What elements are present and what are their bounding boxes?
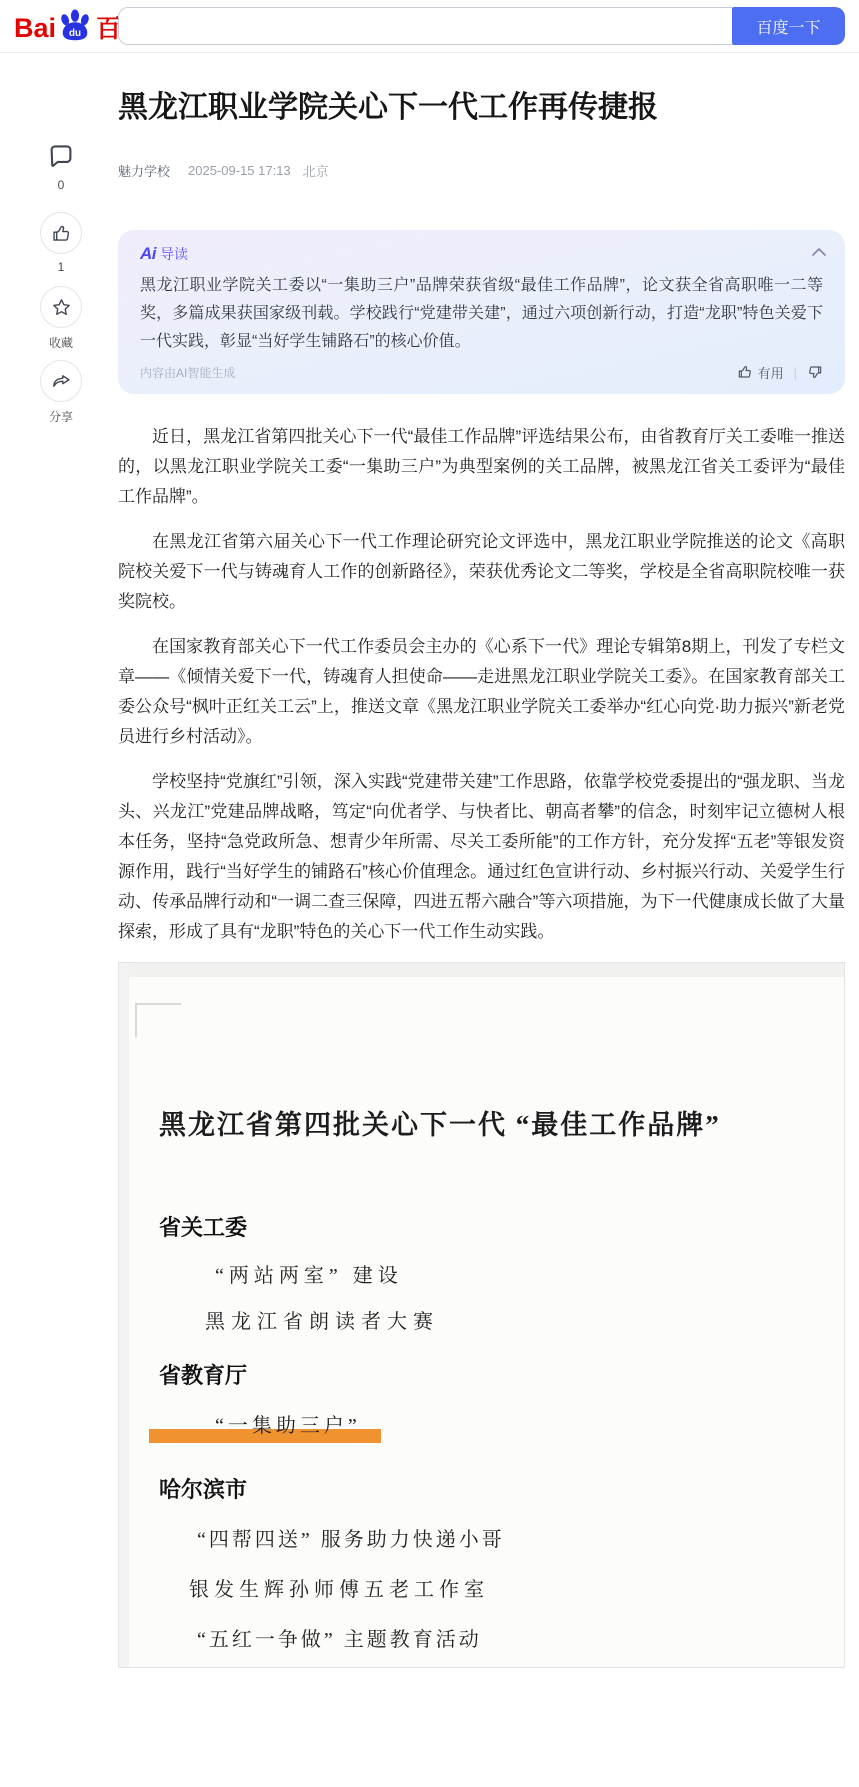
doc-title: 黑龙江省第四批关心下一代 “最佳工作品牌” [159,1103,721,1142]
search-button[interactable]: 百度一下 [732,7,845,45]
doc-item: “五红一争做” 主题教育活动 [197,1623,482,1652]
ai-summary-text: 黑龙江职业学院关工委以“一集助三户”品牌荣获省级“最佳工作品牌”，论文获全省高职… [140,272,823,356]
share-circle [40,360,82,402]
article-title: 黑龙江职业学院关心下一代工作再传捷报 [118,88,845,128]
byline: 魅力学校 2025-09-15 17:13 北京 [118,161,845,180]
paragraph: 学校坚持“党旗红”引领，深入实践“党建带关建”工作思路，依靠学校党委提出的“强龙… [118,767,845,947]
doc-section-heading: 省教育厅 [159,1359,247,1390]
like-circle [40,212,82,254]
favorite-button[interactable]: 收藏 [38,286,84,351]
thumbs-up-icon [51,223,72,244]
favorite-circle [40,286,82,328]
baidu-logo-bai: Bai [14,15,56,42]
comment-bubble-icon [46,142,76,172]
paragraph: 近日，黑龙江省第四批关心下一代“最佳工作品牌”评选结果公布，由省教育厅关工委唯一… [118,422,845,512]
star-icon [51,297,72,318]
doc-item: “两站两室” 建设 [215,1259,403,1288]
ai-summary-card: Ai 导读 黑龙江职业学院关工委以“一集助三户”品牌荣获省级“最佳工作品牌”，论… [118,230,845,394]
ai-useless-button[interactable] [807,364,823,380]
share-button[interactable]: 分享 [38,360,84,425]
like-button[interactable]: 1 [38,212,84,274]
baidu-paw-icon: du [57,9,93,42]
article-body: 近日，黑龙江省第四批关心下一代“最佳工作品牌”评选结果公布，由省教育厅关工委唯一… [118,422,845,947]
ai-feedback-actions: 有用 | [737,363,823,382]
ai-card-header: Ai 导读 [140,244,823,264]
thumbs-down-icon [807,364,823,380]
ai-brand-logo: Ai [140,244,156,264]
scan-edge [119,963,129,1667]
share-label: 分享 [49,408,73,425]
divider: | [794,365,797,380]
chevron-up-icon [811,246,827,258]
scan-edge [119,963,844,977]
publish-datetime: 2025-09-15 17:13 [188,163,291,178]
scan-corner-mark [135,1003,181,1037]
paragraph: 在国家教育部关心下一代工作委员会主办的《心系下一代》理论专辑第8期上，刊发了专栏… [118,632,845,752]
search-bar: 百度一下 [118,7,845,45]
ai-useful-label: 有用 [758,363,784,382]
ai-disclaimer: 内容由AI智能生成 [140,364,235,381]
ai-card-collapse-button[interactable] [811,246,827,258]
comment-count: 0 [58,178,65,192]
doc-item: 黑龙江省朗读者大赛 [205,1305,439,1334]
ai-card-footer: 内容由AI智能生成 有用 | [140,362,823,382]
article-content: 黑龙江职业学院关心下一代工作再传捷报 魅力学校 2025-09-15 17:13… [118,53,845,1668]
baidu-logo-du: du [69,28,81,39]
comment-button[interactable]: 0 [38,142,84,192]
publish-location: 北京 [303,161,329,180]
share-icon [51,371,72,392]
ai-useful-button[interactable]: 有用 [737,363,784,382]
paragraph: 在黑龙江省第六届关心下一代工作理论研究论文评选中，黑龙江职业学院推送的论文《高职… [118,527,845,617]
ai-card-title: 导读 [160,244,188,264]
thumbs-up-icon [737,364,753,380]
top-search-bar: Bai du 百度 百度一下 [0,0,859,53]
doc-section-heading: 哈尔滨市 [159,1473,247,1504]
like-count: 1 [58,260,65,274]
doc-section-heading: 省关工委 [159,1211,247,1242]
search-input[interactable] [118,7,732,45]
favorite-label: 收藏 [49,334,73,351]
author-name[interactable]: 魅力学校 [118,161,170,180]
article-image[interactable]: 黑龙江省第四批关心下一代 “最佳工作品牌” 省关工委 “两站两室” 建设 黑龙江… [118,962,845,1668]
doc-item: 银发生辉孙师傅五老工作室 [189,1573,489,1602]
doc-item-highlighted: “一集助三户” [215,1409,361,1438]
doc-item: “四帮四送” 服务助力快递小哥 [197,1523,505,1552]
